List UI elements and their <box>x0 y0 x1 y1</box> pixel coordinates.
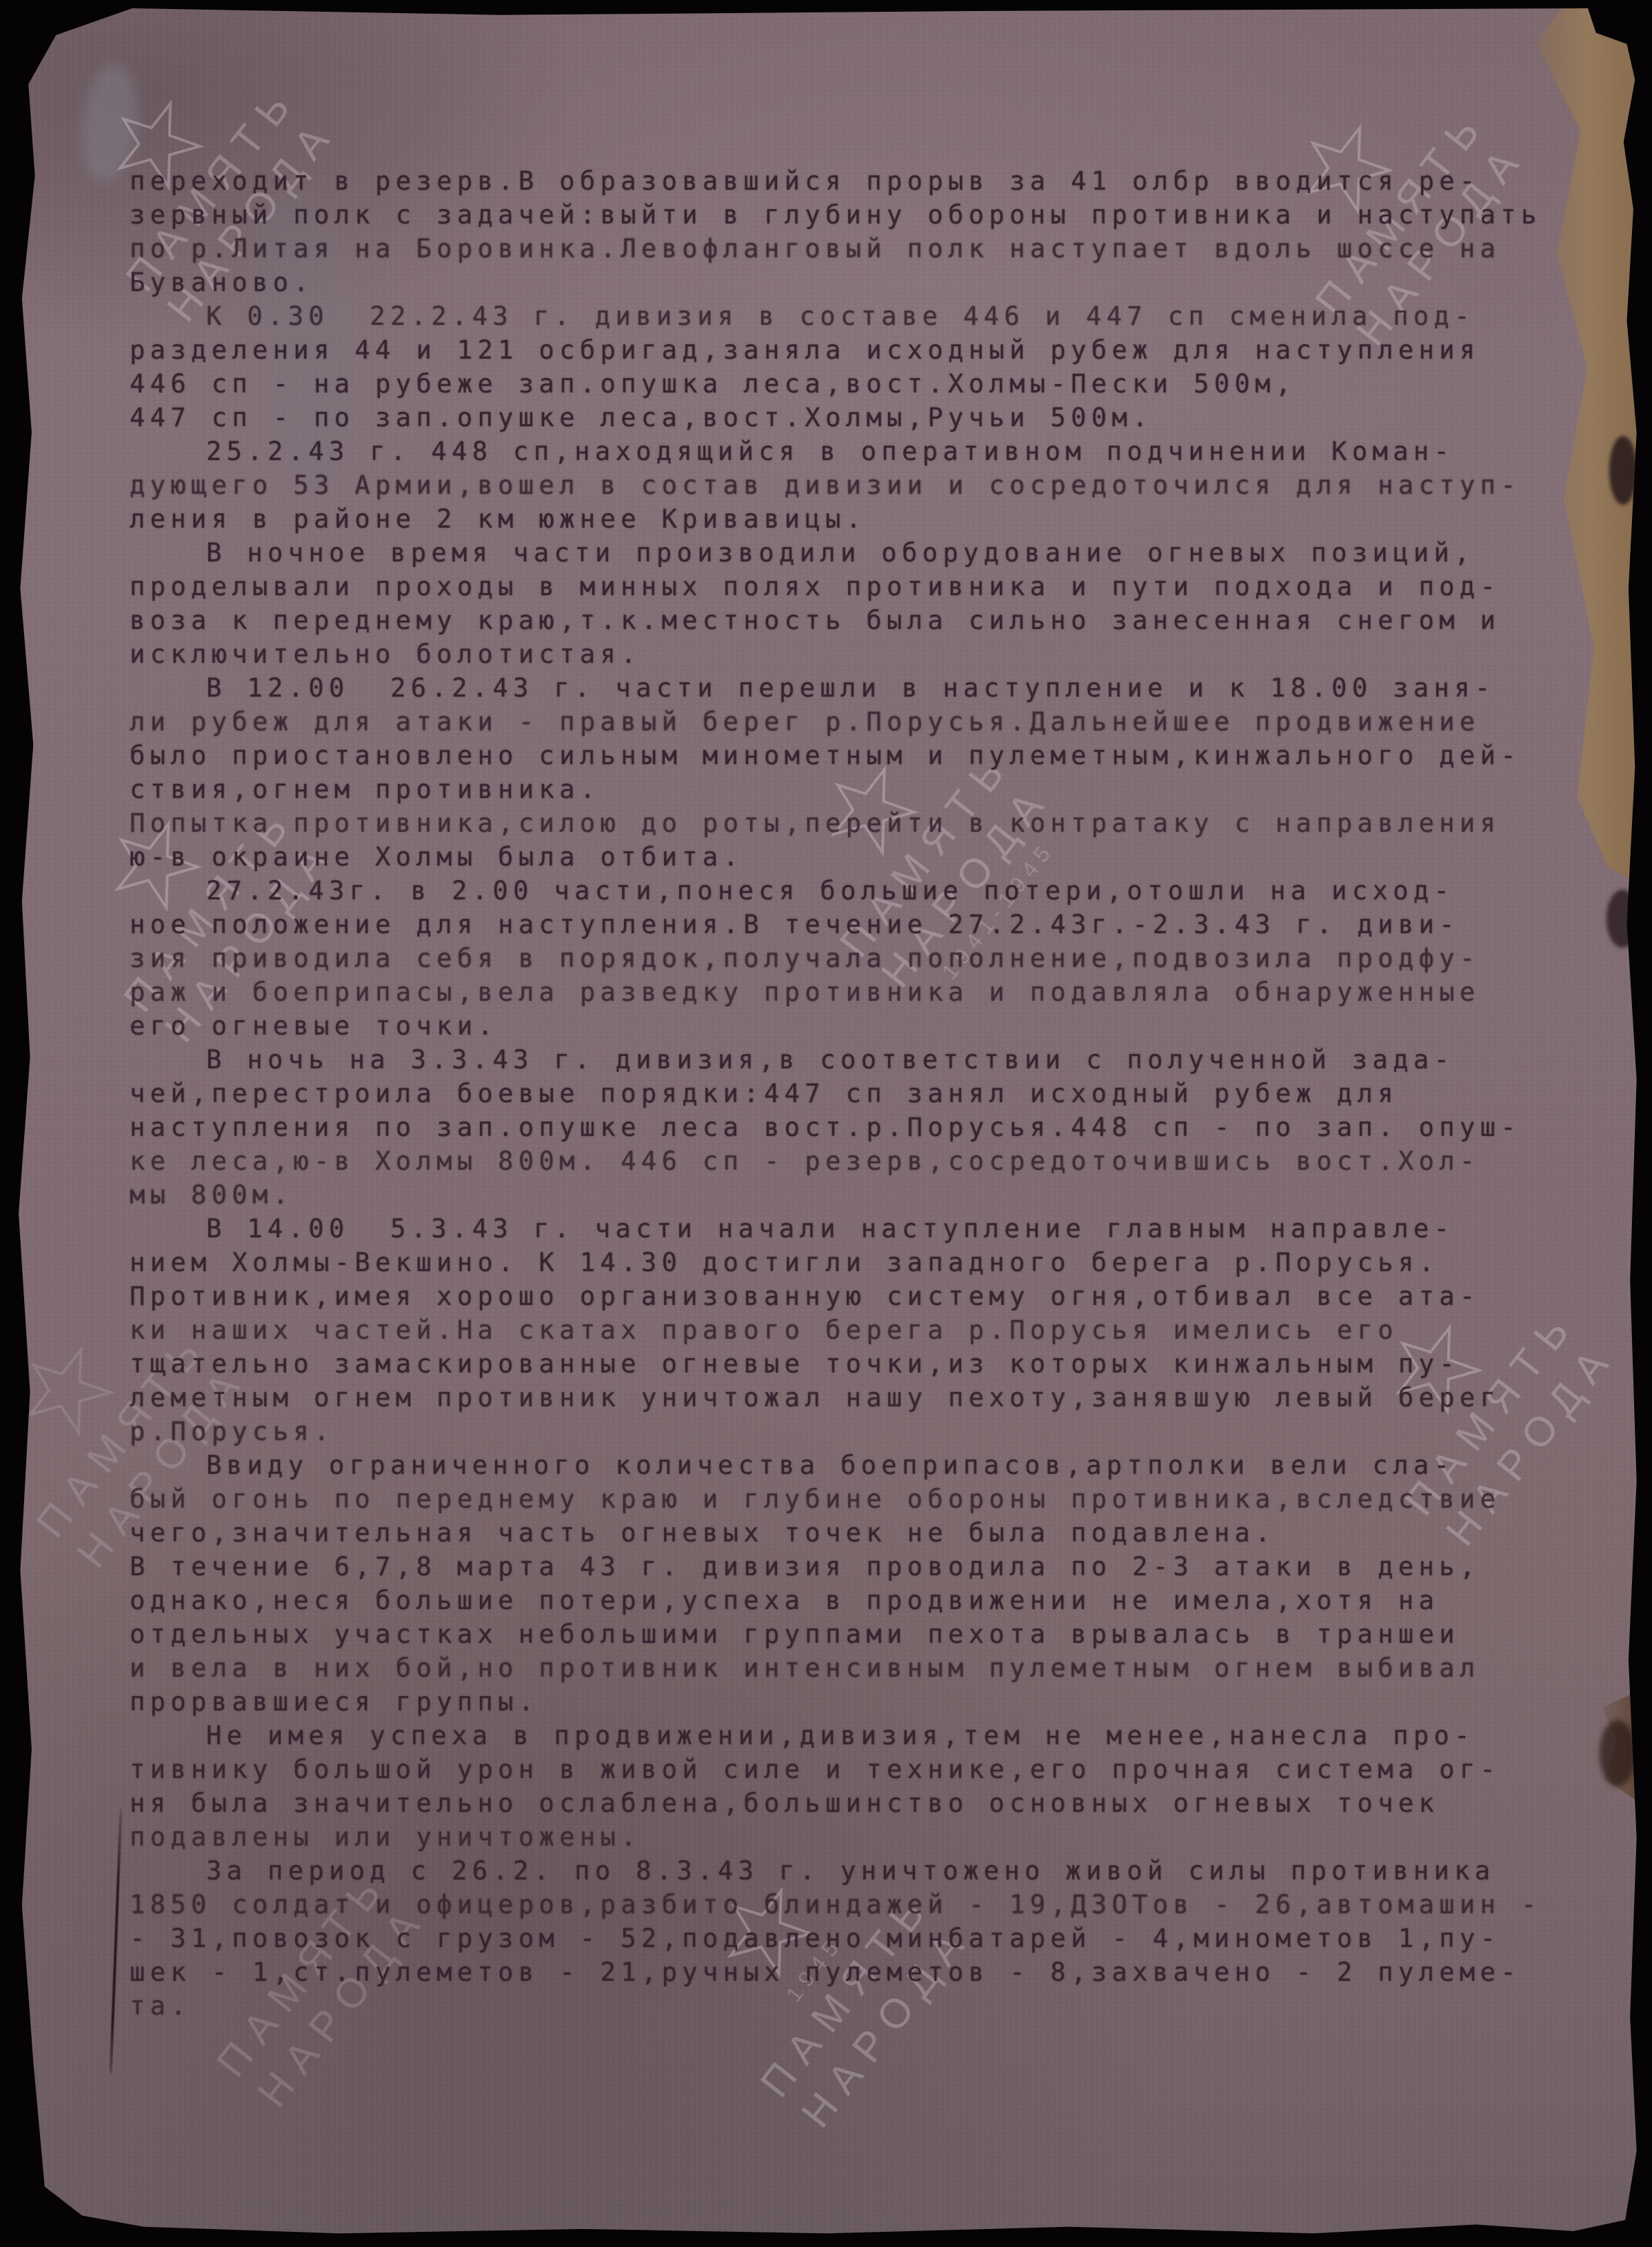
text-line: Не имея успеха в продвижении,дивизия,тем… <box>130 1719 1571 1752</box>
text-line: было приостановлено сильным минометным и… <box>130 739 1571 772</box>
text-line: В 12.00 26.2.43 г. части перешли в насту… <box>130 671 1571 705</box>
text-line: ня была значительно ослаблена,большинств… <box>130 1786 1571 1820</box>
text-line: проделывали проходы в минных полях проти… <box>130 570 1571 603</box>
text-line: 25.2.43 г. 448 сп,находящийся в оператив… <box>130 435 1571 468</box>
text-line: подавлены или уничтожены. <box>130 1820 1571 1854</box>
text-line: та. <box>130 1989 1571 2023</box>
text-line: зервный полк с задачей:выйти в глубину о… <box>130 198 1571 232</box>
text-line: переходит в резерв.В образовавшийся прор… <box>130 164 1571 198</box>
text-line: чей,перестроила боевые порядки:447 сп за… <box>130 1077 1571 1110</box>
text-line: бый огонь по переднему краю и глубине об… <box>130 1482 1571 1516</box>
text-line: В ночное время части производили оборудо… <box>130 536 1571 570</box>
text-line: ке леса,ю-в Холмы 800м. 446 сп - резерв,… <box>130 1144 1571 1178</box>
typewritten-text: переходит в резерв.В образовавшийся прор… <box>130 164 1571 2023</box>
text-line: чего,значительная часть огневых точек не… <box>130 1516 1571 1550</box>
paper-sheet: ПАМЯТЬ НАРОДА ПАМЯТЬ НАРОДА ПАМЯТЬ НАРОД… <box>14 8 1638 2240</box>
text-line: В течение 6,7,8 марта 43 г. дивизия пров… <box>130 1550 1571 1584</box>
text-line: Попытка противника,силою до роты,перейти… <box>130 806 1571 840</box>
text-line: и вела в них бой,но противник интенсивны… <box>130 1651 1571 1685</box>
text-line: раж и боеприпасы,вела разведку противник… <box>130 975 1571 1009</box>
text-line: К 0.30 22.2.43 г. дивизия в составе 446 … <box>130 299 1571 333</box>
text-line: леметным огнем противник уничтожал нашу … <box>130 1381 1571 1415</box>
text-line: - 31,повозок с грузом - 52,подавлено мин… <box>130 1921 1571 1955</box>
text-line: За период с 26.2. по 8.3.43 г. уничтожен… <box>130 1854 1571 1888</box>
text-line: исключительно болотистая. <box>130 637 1571 671</box>
text-line: В 14.00 5.3.43 г. части начали наступлен… <box>130 1212 1571 1246</box>
text-line: шек - 1,ст.пулеметов - 21,ручных пулемет… <box>130 1955 1571 1989</box>
text-line: дующего 53 Армии,вошел в состав дивизии … <box>130 468 1571 502</box>
text-line: ю-в окраине Холмы была отбита. <box>130 840 1571 874</box>
text-line: прорвавшиеся группы. <box>130 1685 1571 1719</box>
text-line: Ввиду ограниченного количества боеприпас… <box>130 1448 1571 1482</box>
text-line: наступления по зап.опушке леса вост.р.По… <box>130 1110 1571 1144</box>
text-line: ления в районе 2 км южнее Кривавицы. <box>130 502 1571 536</box>
text-line: нием Холмы-Векшино. К 14.30 достигли зап… <box>130 1246 1571 1279</box>
text-line: мы 800м. <box>130 1178 1571 1212</box>
text-line: однако,неся большие потери,успеха в прод… <box>130 1584 1571 1617</box>
text-line: зия приводила себя в порядок,получала по… <box>130 941 1571 975</box>
document-scan: { "document": { "language": "ru", "type"… <box>0 0 1652 2247</box>
edge-stain <box>1609 436 1637 505</box>
text-line: 27.2.43г. в 2.00 части,понеся большие по… <box>130 874 1571 908</box>
text-line: 1850 солдат и офицеров,разбито блиндажей… <box>130 1888 1571 1921</box>
text-line: воза к переднему краю,т.к.местность была… <box>130 603 1571 637</box>
margin-pen-mark <box>110 1807 123 2075</box>
text-line: 447 сп - по зап.опушке леса,вост.Холмы,Р… <box>130 401 1571 435</box>
text-line: отдельных участках небольшими группами п… <box>130 1617 1571 1651</box>
text-line: 446 сп - на рубеже зап.опушка леса,вост.… <box>130 367 1571 401</box>
text-line: ли рубеж для атаки - правый берег р.Пору… <box>130 705 1571 739</box>
text-line: р.Порусья. <box>130 1415 1571 1448</box>
text-line: Буваново. <box>130 266 1571 299</box>
text-line: ки наших частей.На скатах правого берега… <box>130 1313 1571 1347</box>
text-line: тщательно замаскированные огневые точки,… <box>130 1347 1571 1381</box>
text-line: разделения 44 и 121 осбригад,заняла исхо… <box>130 333 1571 367</box>
text-line: тивнику большой урон в живой силе и техн… <box>130 1752 1571 1786</box>
text-line: ное положение для наступления.В течение … <box>130 908 1571 941</box>
text-line: ствия,огнем противника. <box>130 772 1571 806</box>
text-line: В ночь на 3.3.43 г. дивизия,в соответств… <box>130 1043 1571 1077</box>
text-line: его огневые точки. <box>130 1009 1571 1043</box>
text-line: Противник,имея хорошо организованную сис… <box>130 1279 1571 1313</box>
edge-stain <box>1600 1720 1635 1786</box>
text-line: по р.Литая на Боровинка.Левофланговый по… <box>130 232 1571 266</box>
